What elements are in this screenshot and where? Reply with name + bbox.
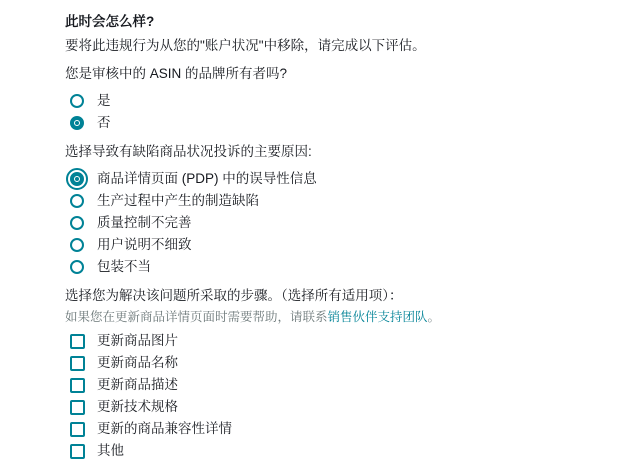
- radio-option-quality-control[interactable]: 质量控制不完善: [65, 212, 613, 234]
- intro-text: 要将此违规行为从您的"账户状况"中移除，请完成以下评估。: [65, 36, 613, 56]
- option-label: 其他: [97, 441, 124, 461]
- option-label: 更新商品描述: [97, 375, 178, 395]
- option-label: 更新的商品兼容性详情: [97, 419, 232, 439]
- radio-option-yes[interactable]: 是: [65, 90, 613, 112]
- option-label: 包装不当: [97, 257, 151, 277]
- option-label: 质量控制不完善: [97, 213, 192, 233]
- checkbox-icon[interactable]: [65, 440, 89, 462]
- checkbox-option-update-name[interactable]: 更新商品名称: [65, 352, 613, 374]
- option-label: 是: [97, 91, 111, 111]
- radio-selected-focused-icon[interactable]: [65, 168, 89, 190]
- radio-option-user-instructions[interactable]: 用户说明不细致: [65, 234, 613, 256]
- brand-owner-radio-group: 是 否: [65, 90, 613, 134]
- option-label: 否: [97, 113, 111, 133]
- radio-option-improper-packaging[interactable]: 包装不当: [65, 256, 613, 278]
- radio-icon[interactable]: [65, 234, 89, 256]
- radio-icon[interactable]: [65, 212, 89, 234]
- checkbox-icon[interactable]: [65, 418, 89, 440]
- steps-checkbox-group: 更新商品图片 更新商品名称 更新商品描述 更新技术规格 更新的商品兼容性详情 其…: [65, 330, 613, 462]
- checkbox-option-update-specs[interactable]: 更新技术规格: [65, 396, 613, 418]
- radio-option-pdp-misleading-info[interactable]: 商品详情页面 (PDP) 中的误导性信息: [65, 168, 613, 190]
- help-suffix: 。: [428, 310, 441, 324]
- checkbox-option-other[interactable]: 其他: [65, 440, 613, 462]
- radio-option-manufacturing-defect[interactable]: 生产过程中产生的制造缺陷: [65, 190, 613, 212]
- checkbox-option-update-compatibility[interactable]: 更新的商品兼容性详情: [65, 418, 613, 440]
- option-label: 更新技术规格: [97, 397, 178, 417]
- option-label: 生产过程中产生的制造缺陷: [97, 191, 259, 211]
- radio-icon[interactable]: [65, 90, 89, 112]
- brand-owner-question-label: 您是审核中的 ASIN 的品牌所有者吗?: [65, 64, 613, 84]
- radio-selected-icon[interactable]: [65, 112, 89, 134]
- radio-icon[interactable]: [65, 256, 89, 278]
- assessment-form: 此时会怎么样? 要将此违规行为从您的"账户状况"中移除，请完成以下评估。 您是审…: [0, 0, 633, 462]
- checkbox-option-update-description[interactable]: 更新商品描述: [65, 374, 613, 396]
- root-cause-question-label: 选择导致有缺陷商品状况投诉的主要原因:: [65, 142, 613, 162]
- checkbox-icon[interactable]: [65, 352, 89, 374]
- root-cause-radio-group: 商品详情页面 (PDP) 中的误导性信息 生产过程中产生的制造缺陷 质量控制不完…: [65, 168, 613, 278]
- checkbox-icon[interactable]: [65, 396, 89, 418]
- checkbox-icon[interactable]: [65, 374, 89, 396]
- option-label: 用户说明不细致: [97, 235, 192, 255]
- help-prefix: 如果您在更新商品详情页面时需要帮助，请联系: [65, 310, 328, 324]
- steps-help-text: 如果您在更新商品详情页面时需要帮助，请联系销售伙伴支持团队。: [65, 308, 613, 326]
- checkbox-icon[interactable]: [65, 330, 89, 352]
- radio-icon[interactable]: [65, 190, 89, 212]
- option-label: 更新商品名称: [97, 353, 178, 373]
- option-label: 商品详情页面 (PDP) 中的误导性信息: [97, 169, 317, 189]
- radio-option-no[interactable]: 否: [65, 112, 613, 134]
- steps-question-label: 选择您为解决该问题所采取的步骤。（选择所有适用项）：: [65, 286, 613, 306]
- option-label: 更新商品图片: [97, 331, 178, 351]
- checkbox-option-update-images[interactable]: 更新商品图片: [65, 330, 613, 352]
- page-title: 此时会怎么样?: [65, 12, 613, 32]
- seller-partner-support-link[interactable]: 销售伙伴支持团队: [328, 310, 428, 324]
